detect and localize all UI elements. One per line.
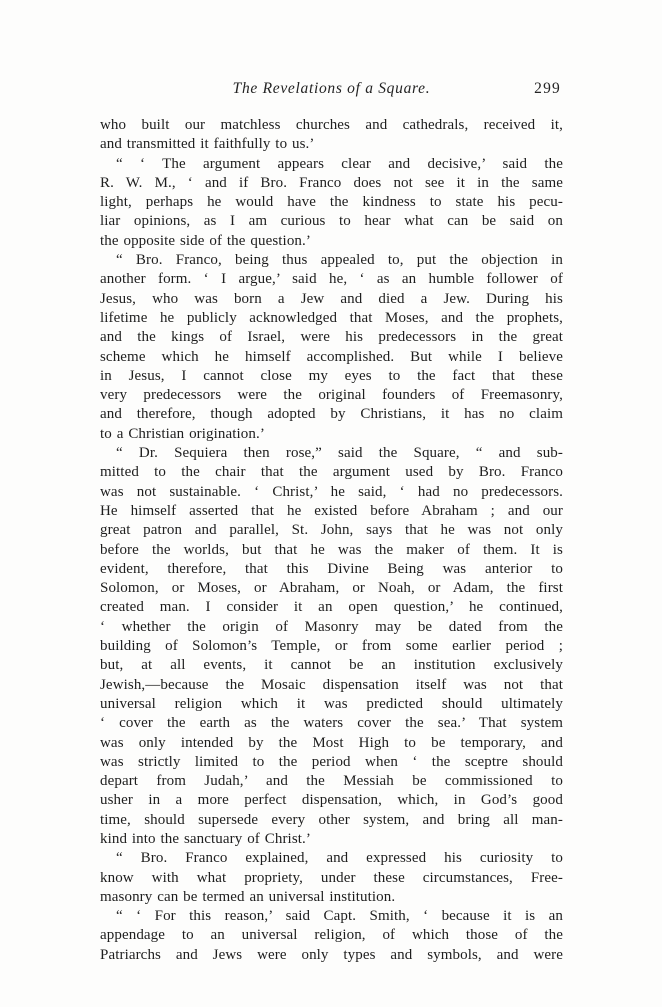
text-line: before the worlds, but that he was the m…: [100, 541, 563, 560]
text-line: lifetime he publicly acknowledged that M…: [100, 309, 563, 328]
text-line: scheme which he himself accomplished. Bu…: [100, 348, 563, 367]
text-line: but, at all events, it cannot be an inst…: [100, 656, 563, 675]
text-line: was only intended by the Most High to be…: [100, 734, 563, 753]
text-line: the opposite side of the question.’: [100, 232, 563, 251]
text-line: “ ‘ For this reason,’ said Capt. Smith, …: [100, 907, 563, 926]
text-line: Patriarchs and Jews were only types and …: [100, 946, 563, 965]
text-line: liar opinions, as I am curious to hear w…: [100, 212, 563, 231]
text-line: time, should supersede every other syste…: [100, 811, 563, 830]
text-line: Solomon, or Moses, or Abraham, or Noah, …: [100, 579, 563, 598]
text-line: ‘ whether the origin of Masonry may be d…: [100, 618, 563, 637]
text-line: created man. I consider it an open quest…: [100, 598, 563, 617]
text-line: R. W. M., ‘ and if Bro. Franco does not …: [100, 174, 563, 193]
text-line: He himself asserted that he existed befo…: [100, 502, 563, 521]
text-line: very predecessors were the original foun…: [100, 386, 563, 405]
text-line: kind into the sanctuary of Christ.’: [100, 830, 563, 849]
text-line: “ ‘ The argument appears clear and decis…: [100, 155, 563, 174]
text-line: universal religion which it was predicte…: [100, 695, 563, 714]
text-line: “ Bro. Franco, being thus appealed to, p…: [100, 251, 563, 270]
running-head-title: The Revelations of a Square.: [100, 79, 563, 99]
text-line: was strictly limited to the period when …: [100, 753, 563, 772]
text-line: masonry can be termed an universal insti…: [100, 888, 563, 907]
text-line: who built our matchless churches and cat…: [100, 116, 563, 135]
text-line: and transmitted it faithfully to us.’: [100, 135, 563, 154]
text-line: light, perhaps he would have the kindnes…: [100, 193, 563, 212]
text-line: ‘ cover the earth as the waters cover th…: [100, 714, 563, 733]
page-number: 299: [534, 79, 561, 99]
text-line: “ Dr. Sequiera then rose,” said the Squa…: [100, 444, 563, 463]
text-line: depart from Judah,’ and the Messiah be c…: [100, 772, 563, 791]
book-page: The Revelations of a Square. 299 who bui…: [0, 0, 662, 1007]
text-line: another form. ‘ I argue,’ said he, ‘ as …: [100, 270, 563, 289]
text-line: “ Bro. Franco explained, and expressed h…: [100, 849, 563, 868]
text-line: usher in a more perfect dispensation, wh…: [100, 791, 563, 810]
text-line: and therefore, though adopted by Christi…: [100, 405, 563, 424]
text-line: mitted to the chair that the argument us…: [100, 463, 563, 482]
text-line: and the kings of Israel, were his predec…: [100, 328, 563, 347]
text-line: in Jesus, I cannot close my eyes to the …: [100, 367, 563, 386]
text-line: was not sustainable. ‘ Christ,’ he said,…: [100, 483, 563, 502]
text-line: Jewish,—because the Mosaic dispensation …: [100, 676, 563, 695]
text-line: to a Christian origination.’: [100, 425, 563, 444]
text-line: great patron and parallel, St. John, say…: [100, 521, 563, 540]
running-head: The Revelations of a Square. 299: [100, 79, 563, 99]
text-line: know with what propriety, under these ci…: [100, 869, 563, 888]
text-column: The Revelations of a Square. 299 who bui…: [100, 79, 563, 965]
text-line: appendage to an universal religion, of w…: [100, 926, 563, 945]
text-lines: who built our matchless churches and cat…: [100, 116, 563, 965]
text-line: evident, therefore, that this Divine Bei…: [100, 560, 563, 579]
text-line: building of Solomon’s Temple, or from so…: [100, 637, 563, 656]
text-line: Jesus, who was born a Jew and died a Jew…: [100, 290, 563, 309]
